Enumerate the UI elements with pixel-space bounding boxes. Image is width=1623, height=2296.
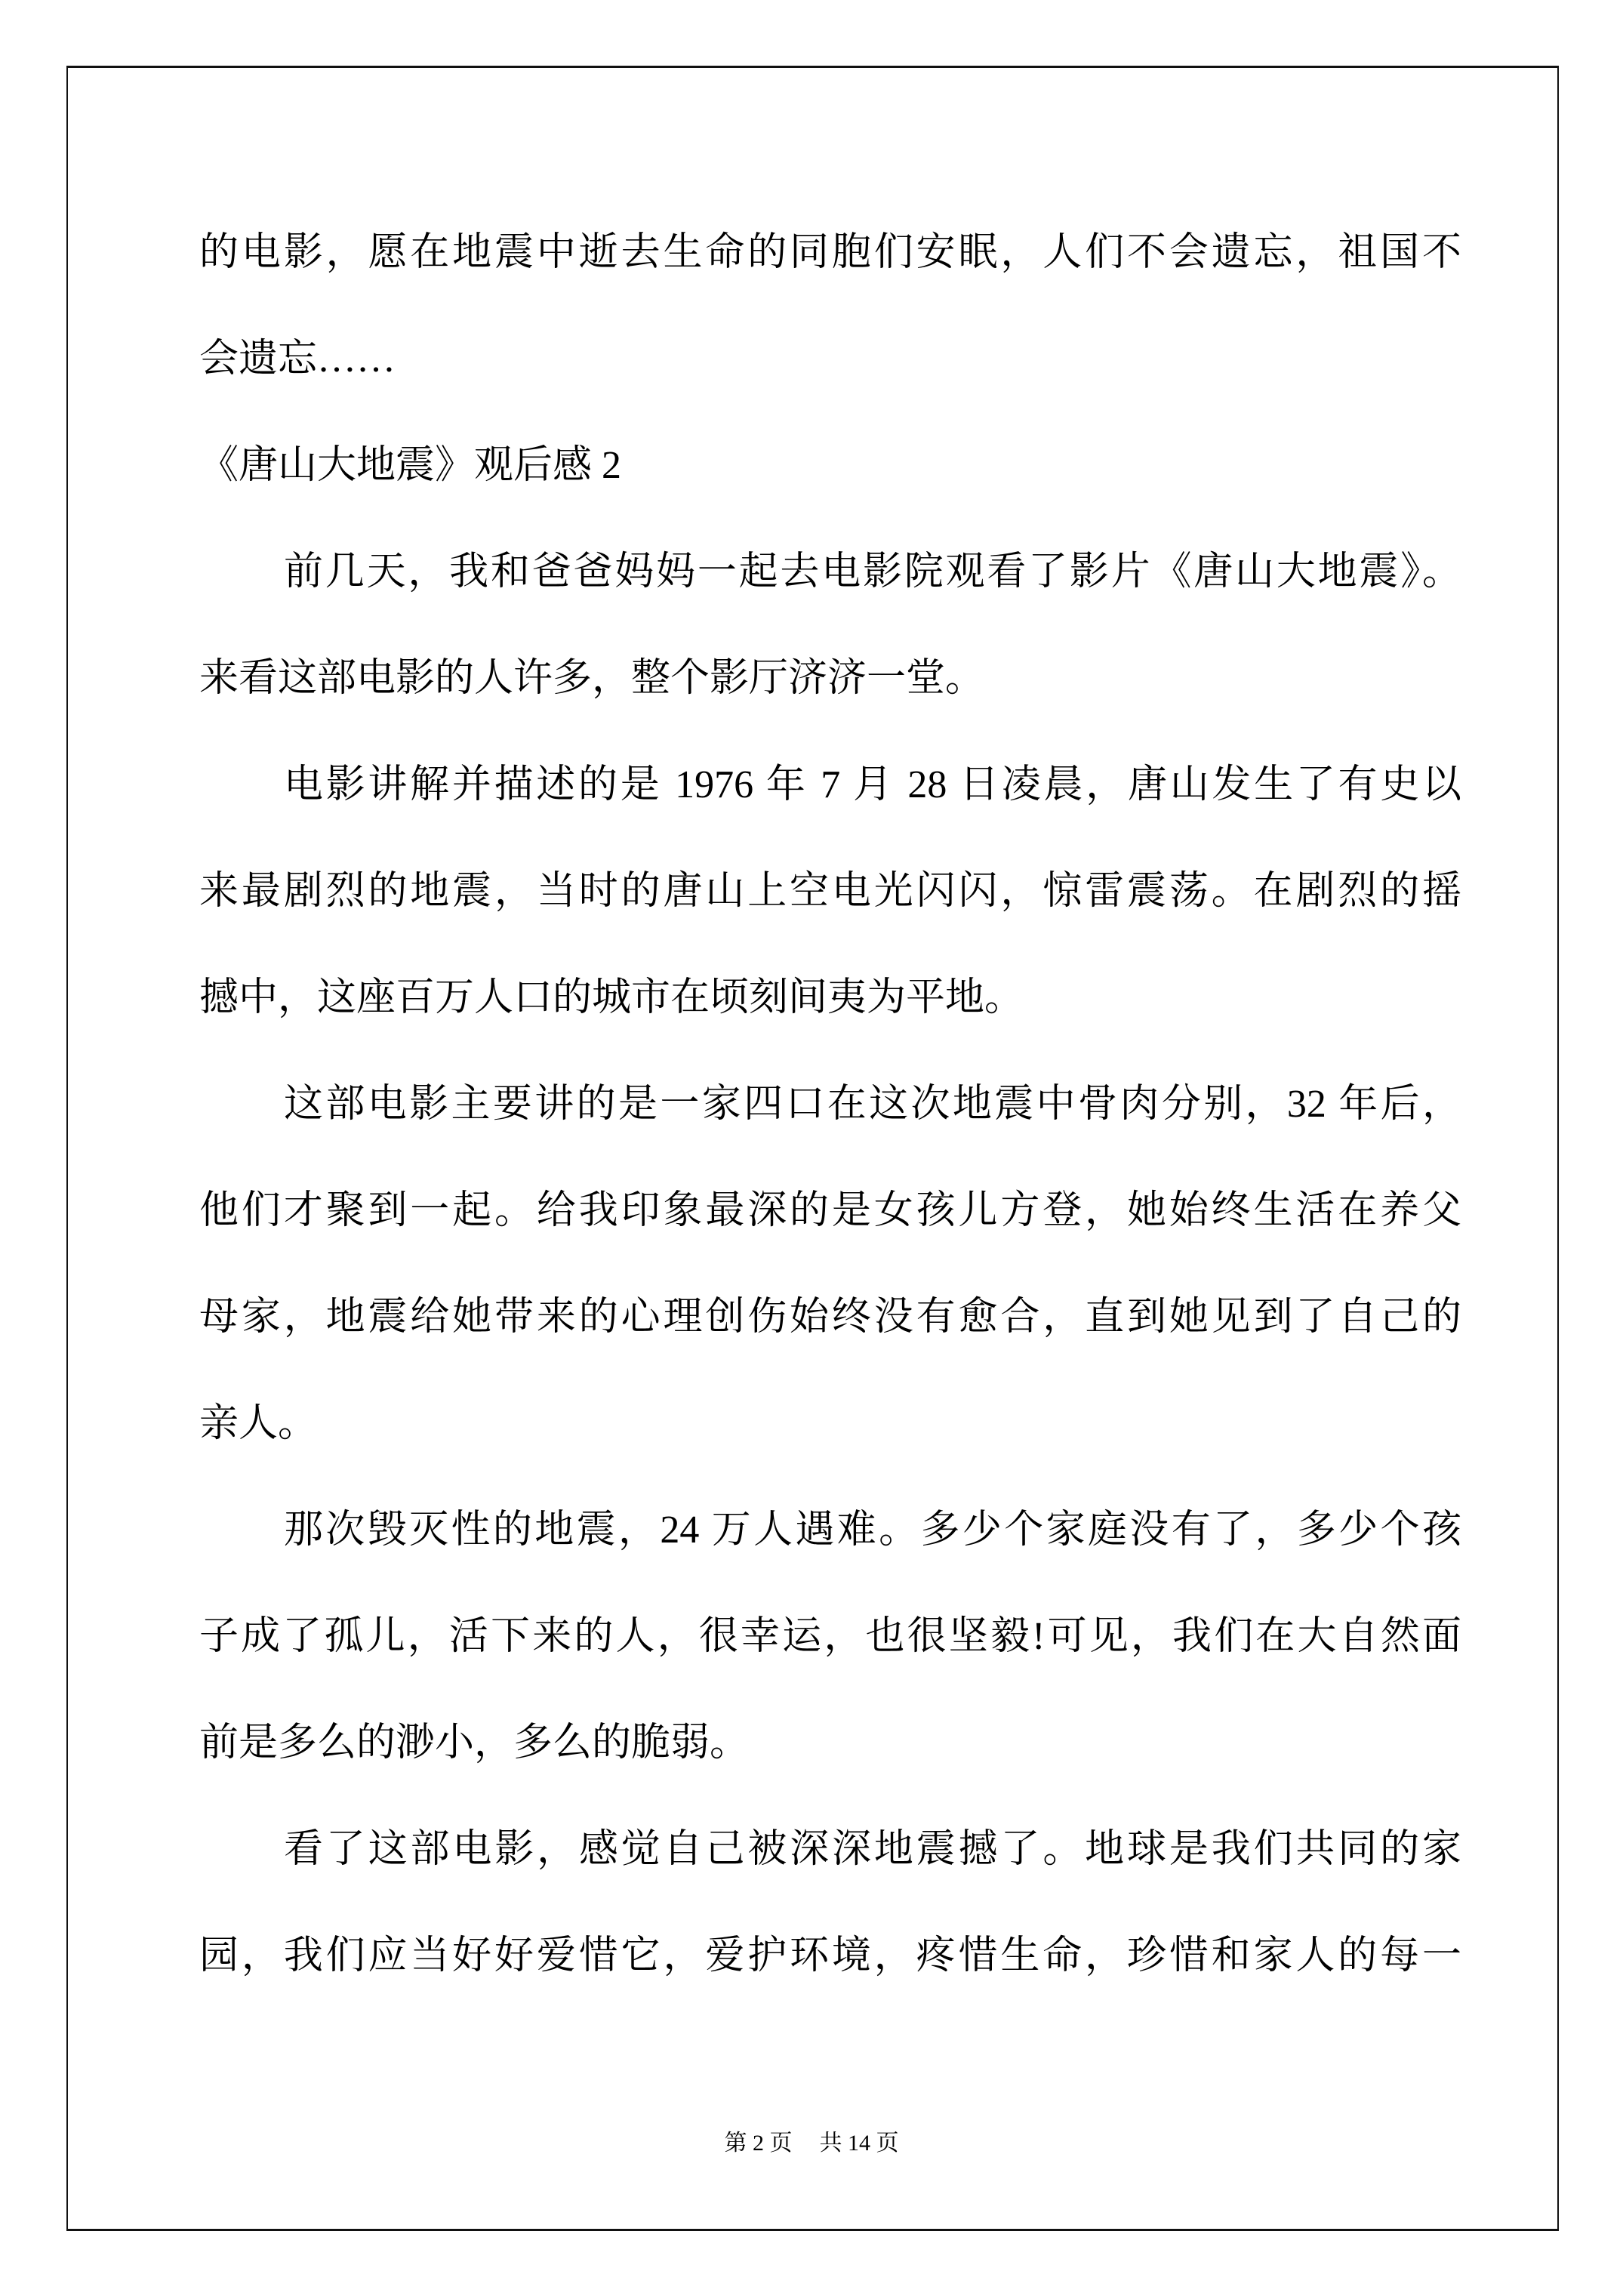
body-line: 来看这部电影的人许多，整个影厅济济一堂。 xyxy=(199,625,1461,732)
body-line: 的电影，愿在地震中逝去生命的同胞们安眠，人们不会遗忘，祖国不 xyxy=(199,199,1461,306)
document-text: 的电影，愿在地震中逝去生命的同胞们安眠，人们不会遗忘，祖国不 会遗忘…… 《唐山… xyxy=(199,199,1461,2009)
body-line: 那次毁灭性的地震，24 万人遇难。多少个家庭没有了，多少个孩 xyxy=(199,1477,1461,1583)
body-line: 前几天，我和爸爸妈妈一起去电影院观看了影片《唐山大地震》。 xyxy=(199,519,1461,625)
body-line: 撼中，这座百万人口的城市在顷刻间夷为平地。 xyxy=(199,945,1461,1051)
body-line: 园，我们应当好好爱惜它，爱护环境，疼惜生命，珍惜和家人的每一 xyxy=(199,1903,1461,2009)
body-line: 母家，地震给她带来的心理创伤始终没有愈合，直到她见到了自己的 xyxy=(199,1264,1461,1370)
footer-page-current: 第 2 页 xyxy=(725,2131,793,2156)
body-line: 电影讲解并描述的是 1976 年 7 月 28 日凌晨，唐山发生了有史以 xyxy=(199,732,1461,838)
page-footer: 第 2 页共 14 页 xyxy=(0,2126,1623,2161)
body-line: 这部电影主要讲的是一家四口在这次地震中骨肉分别，32 年后， xyxy=(199,1051,1461,1157)
section-heading: 《唐山大地震》观后感 2 xyxy=(199,412,1461,519)
body-line: 他们才聚到一起。给我印象最深的是女孩儿方登，她始终生活在养父 xyxy=(199,1157,1461,1264)
footer-page-total: 共 14 页 xyxy=(820,2131,899,2156)
body-line: 看了这部电影，感觉自己被深深地震撼了。地球是我们共同的家 xyxy=(199,1796,1461,1903)
body-line: 子成了孤儿，活下来的人，很幸运，也很坚毅!可见，我们在大自然面 xyxy=(199,1583,1461,1690)
document-page: 的电影，愿在地震中逝去生命的同胞们安眠，人们不会遗忘，祖国不 会遗忘…… 《唐山… xyxy=(0,0,1623,2296)
body-line: 来最剧烈的地震，当时的唐山上空电光闪闪，惊雷震荡。在剧烈的摇 xyxy=(199,838,1461,945)
body-line: 亲人。 xyxy=(199,1370,1461,1477)
body-line: 会遗忘…… xyxy=(199,306,1461,412)
body-line: 前是多么的渺小，多么的脆弱。 xyxy=(199,1690,1461,1796)
